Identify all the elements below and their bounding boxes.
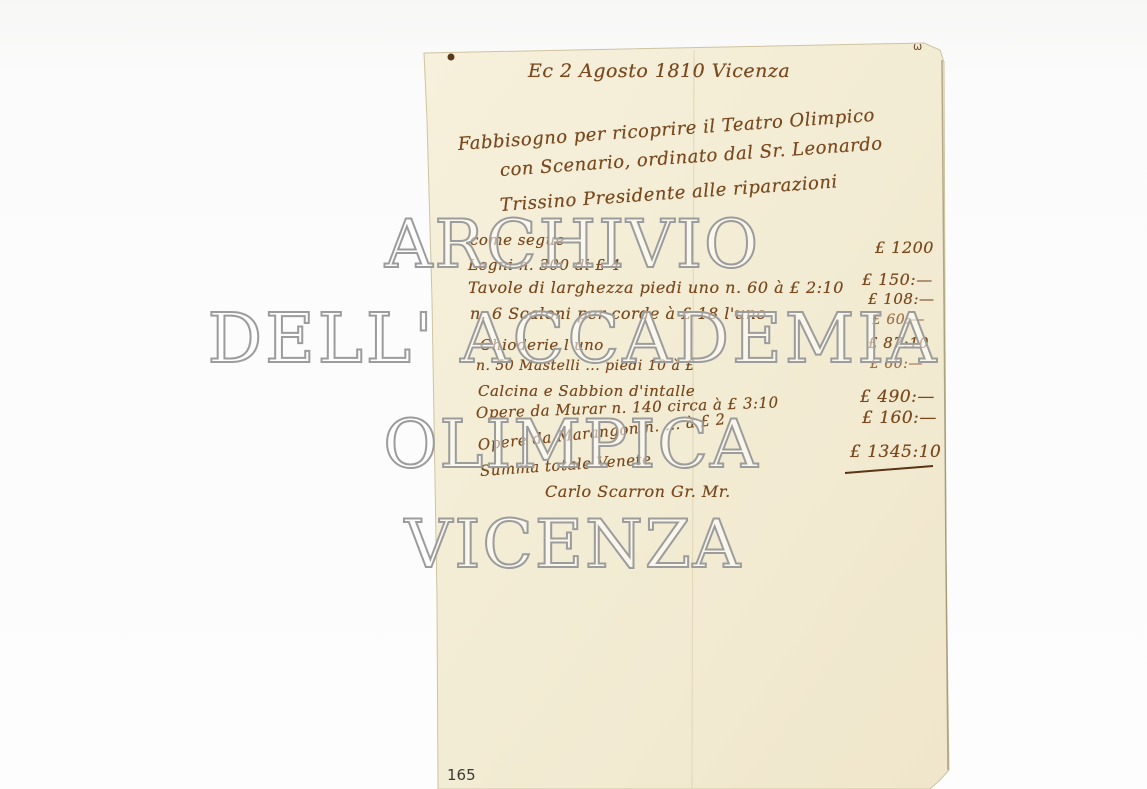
ledger-amount-2: £ 150:—	[862, 270, 933, 289]
corner-mark: ω	[913, 40, 922, 53]
ledger-item-5: Chioderie l'uno	[480, 336, 604, 354]
archive-number: 165	[447, 766, 476, 784]
ledger-amount-1: £ 1200	[875, 238, 934, 257]
ledger-item-6: n. 50 Mastelli ... piedi 10 à £	[476, 358, 695, 374]
document-date-header: Ec 2 Agosto 1810 Vicenza	[528, 60, 790, 82]
body-line-4: come segue	[470, 231, 565, 249]
ledger-amount-3: £ 108:—	[868, 290, 935, 308]
ledger-amount-5: £ 87:10	[868, 334, 929, 352]
signature: Carlo Scarron Gr. Mr.	[545, 482, 731, 501]
ledger-amount-9: £ 160:—	[862, 408, 937, 428]
ledger-item-1: Legni n. 300 di £ 4	[468, 256, 621, 274]
ledger-item-2: Tavole di larghezza piedi uno n. 60 à £ …	[468, 278, 844, 297]
ledger-amount-4: £ 60:—	[872, 312, 925, 328]
ledger-amount-6: £ 60:—	[870, 356, 923, 372]
ledger-amount-8: £ 490:—	[860, 387, 935, 407]
ledger-item-3: n. 6 Scaloni per corde à £ 18 l'uno	[470, 304, 767, 323]
total-amount: £ 1345:10	[850, 442, 941, 462]
